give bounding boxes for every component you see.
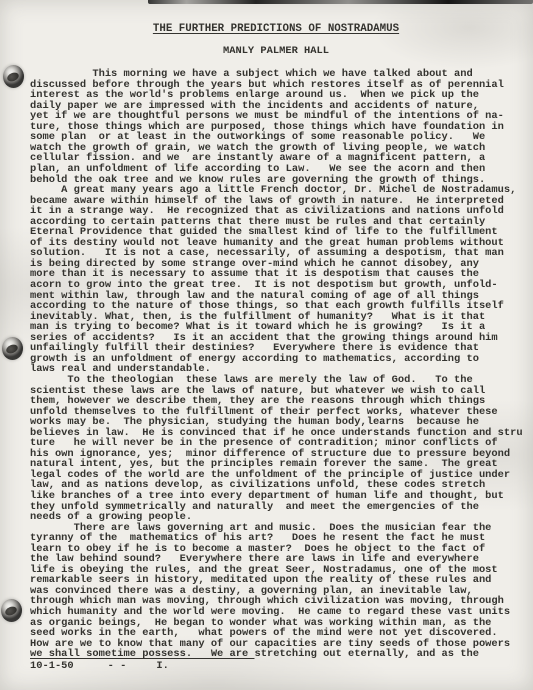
document-title: THE FURTHER PREDICTIONS OF NOSTRADAMUS bbox=[30, 24, 522, 35]
paper-fastener-icon bbox=[3, 65, 24, 88]
scanned-document-page: THE FURTHER PREDICTIONS OF NOSTRADAMUS M… bbox=[0, 0, 533, 690]
document-body: This morning we have a subject which we … bbox=[30, 69, 522, 649]
page-content: THE FURTHER PREDICTIONS OF NOSTRADAMUS M… bbox=[30, 24, 522, 671]
footer-date: 10-1-50 bbox=[30, 660, 74, 672]
page-footer: 10-1-50- -I. bbox=[30, 661, 522, 672]
last-line-rest: stretching out eternally, and as the bbox=[254, 648, 478, 660]
scan-edge-artifact bbox=[148, 0, 533, 4]
underlined-passage: we shall sometime possess. We are bbox=[30, 648, 254, 660]
paper-fastener-icon bbox=[1, 599, 22, 622]
document-last-line: we shall sometime possess. We are stretc… bbox=[30, 649, 522, 660]
paper-fastener-icon bbox=[2, 337, 23, 360]
footer-dashes: - - bbox=[108, 660, 127, 672]
footer-page-number: I. bbox=[156, 660, 168, 672]
document-author: MANLY PALMER HALL bbox=[30, 46, 522, 57]
